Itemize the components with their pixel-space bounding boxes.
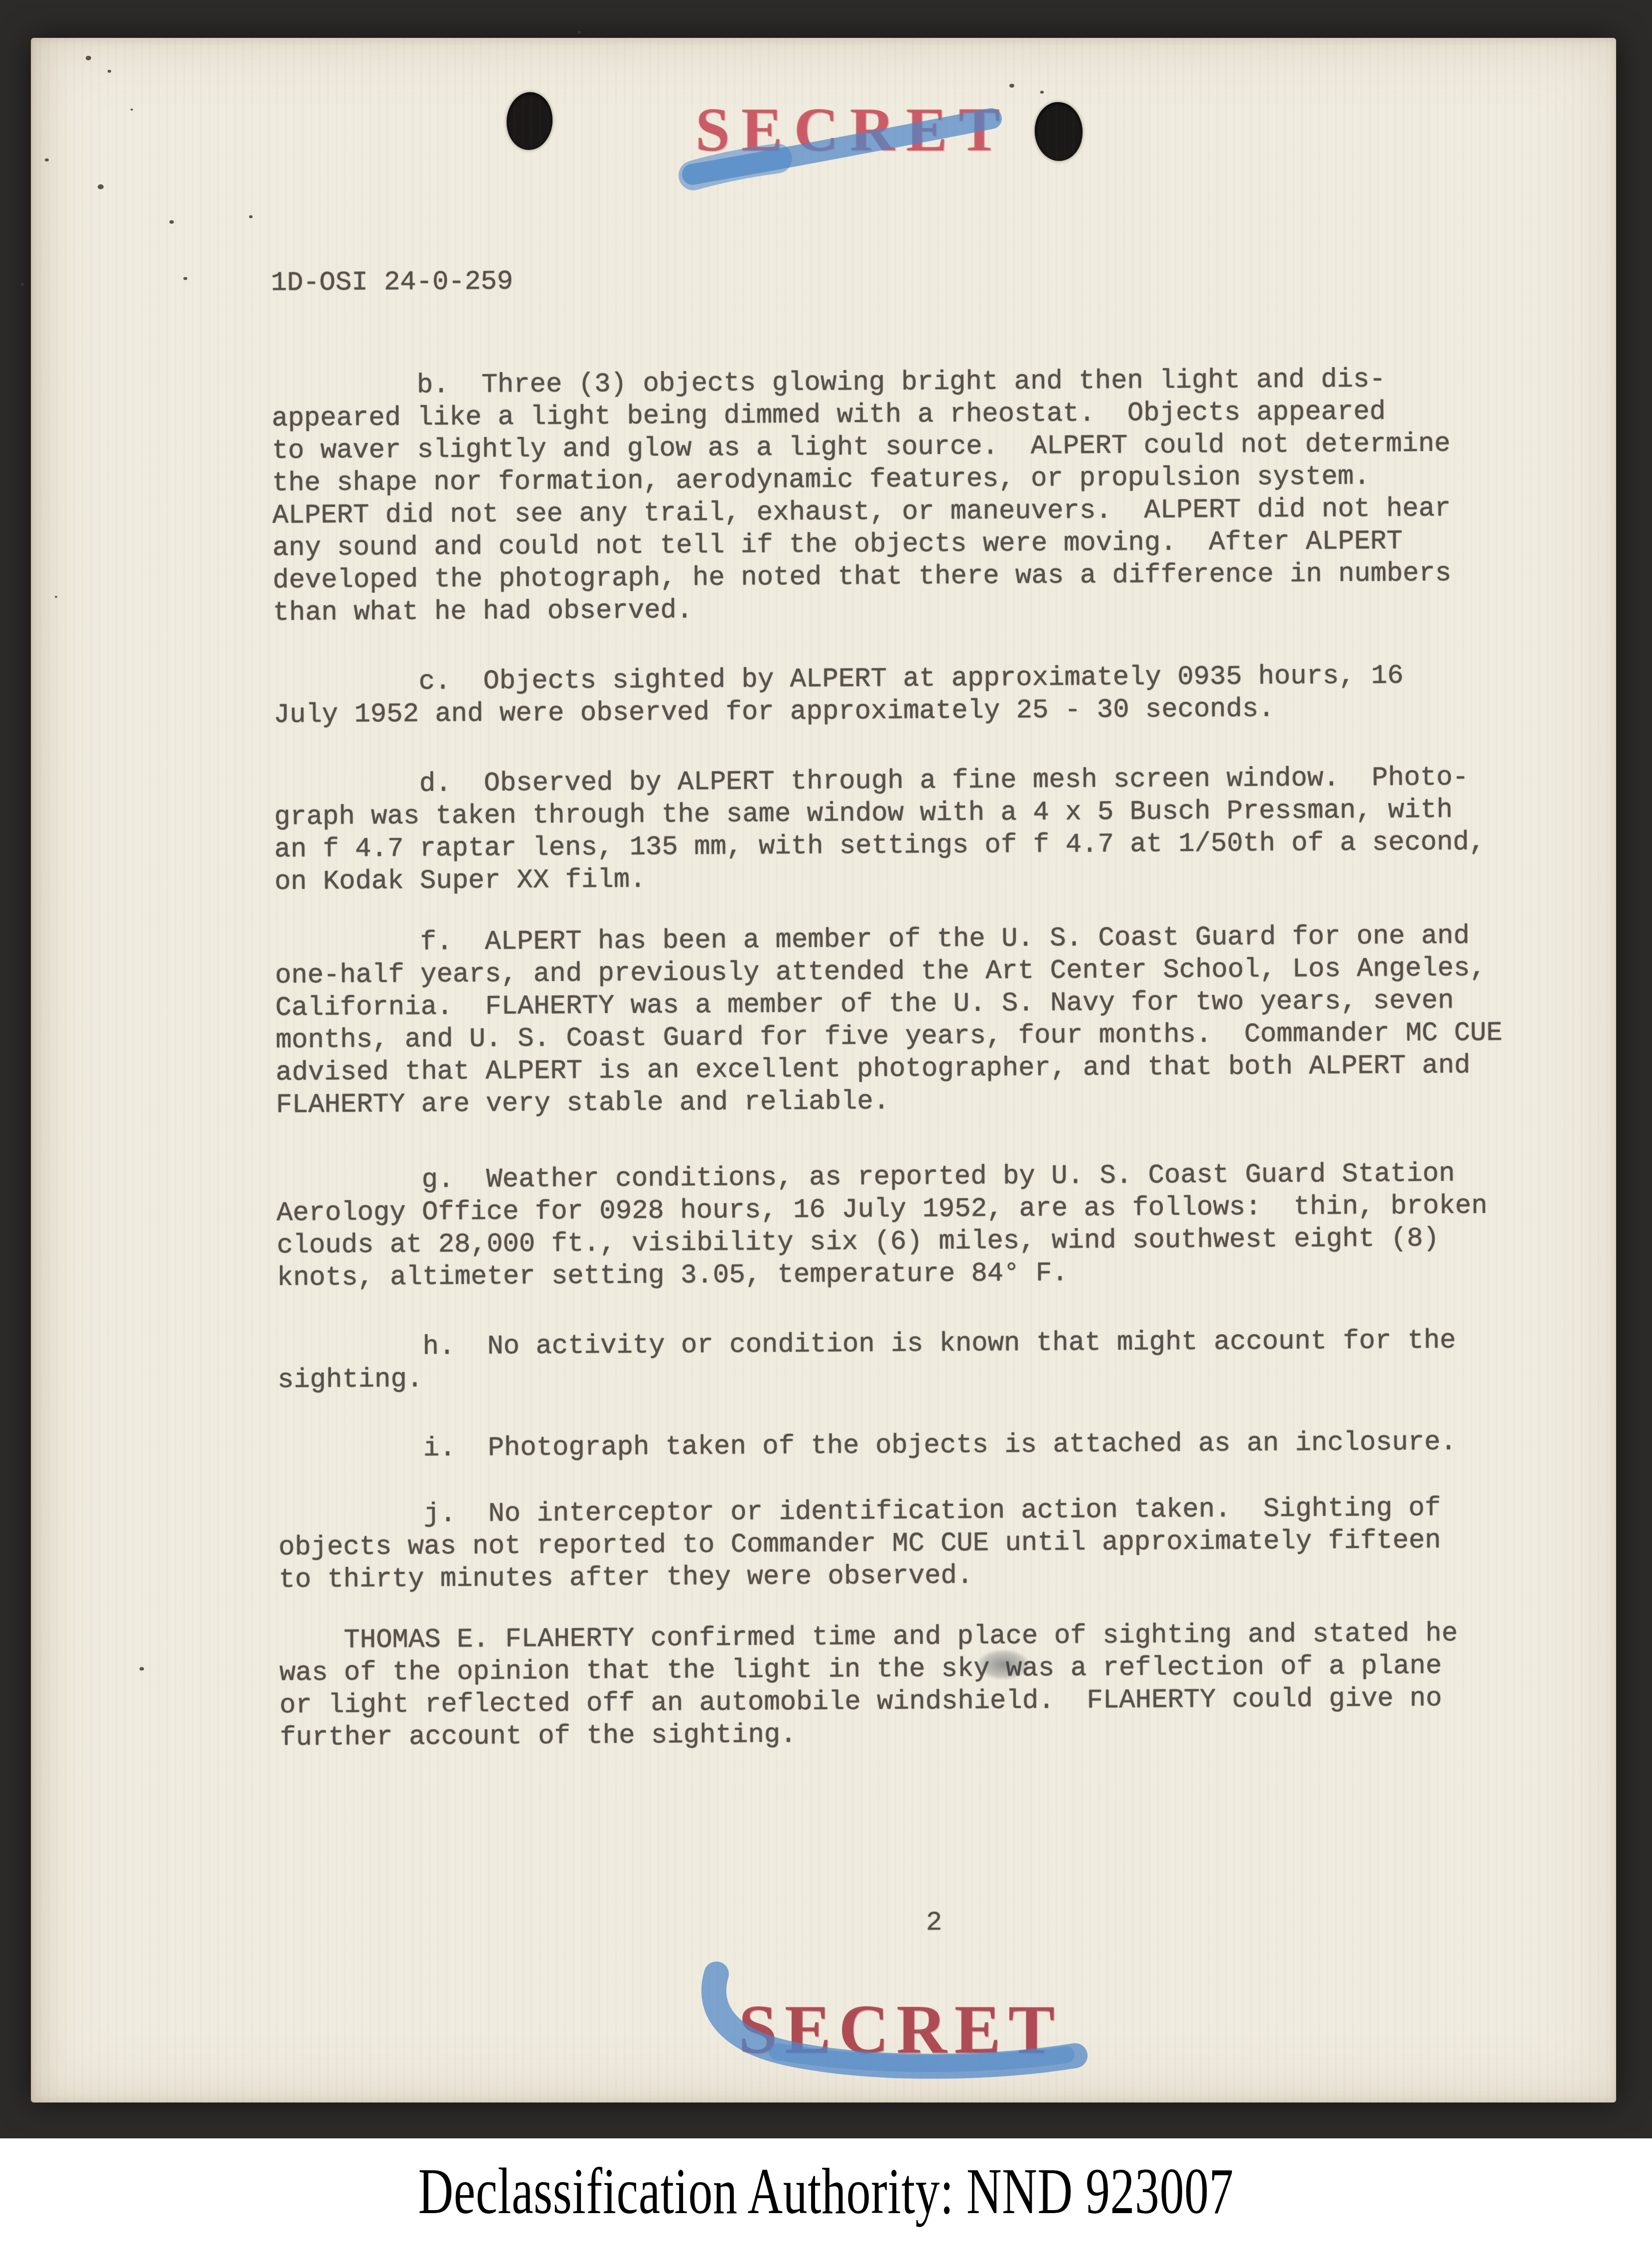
page-number: 2 bbox=[904, 1907, 964, 1940]
paragraph-j: j. No interceptor or identification acti… bbox=[278, 1491, 1584, 1596]
paragraph-flaherty: THOMAS E. FLAHERTY confirmed time and pl… bbox=[279, 1617, 1585, 1754]
ink-speck bbox=[86, 56, 91, 60]
paragraph-b: b. Three (3) objects glowing bright and … bbox=[272, 362, 1578, 629]
paragraph-f: f. ALPERT has been a member of the U. S.… bbox=[275, 919, 1581, 1121]
reference-number: 1D-OSI 24-0-259 bbox=[271, 259, 1576, 299]
paragraph-c: c. Objects sighted by ALPERT at approxim… bbox=[273, 659, 1579, 731]
ink-smudge bbox=[977, 1650, 1029, 1680]
secret-stamp-top: SECRET bbox=[695, 95, 1011, 165]
ink-speck bbox=[578, 31, 581, 33]
ink-speck bbox=[108, 70, 111, 73]
scanned-document-screenshot: { "document": { "classification_stamp": … bbox=[0, 0, 1652, 2243]
text-line: i. Photograph taken of the objects is at… bbox=[278, 1425, 1583, 1466]
ink-speck bbox=[55, 596, 57, 598]
ink-speck bbox=[1009, 84, 1014, 88]
paragraph-d: d. Observed by ALPERT through a fine mes… bbox=[274, 761, 1580, 898]
declassification-bar: Declassification Authority: NND 923007 bbox=[0, 2138, 1652, 2243]
ink-speck bbox=[1040, 91, 1044, 94]
ink-speck bbox=[98, 184, 104, 189]
document-page: 2 1D-OSI 24-0-259 b. Three (3) objects g… bbox=[31, 38, 1616, 2103]
paragraph-h: h. No activity or condition is known tha… bbox=[277, 1324, 1583, 1397]
ink-speck bbox=[249, 215, 253, 218]
declassification-text: Declassification Authority: NND 923007 bbox=[418, 2153, 1234, 2229]
ink-speck bbox=[21, 283, 24, 285]
paragraph-g: g. Weather conditions, as reported by U.… bbox=[276, 1157, 1583, 1294]
ink-speck bbox=[131, 109, 133, 111]
secret-stamp-bottom: SECRET bbox=[738, 1989, 1062, 2070]
text-line: 1D-OSI 24-0-259 bbox=[271, 259, 1576, 299]
typed-text-layer: 2 1D-OSI 24-0-259 b. Three (3) objects g… bbox=[25, 33, 1623, 2107]
paragraph-i: i. Photograph taken of the objects is at… bbox=[278, 1425, 1583, 1466]
